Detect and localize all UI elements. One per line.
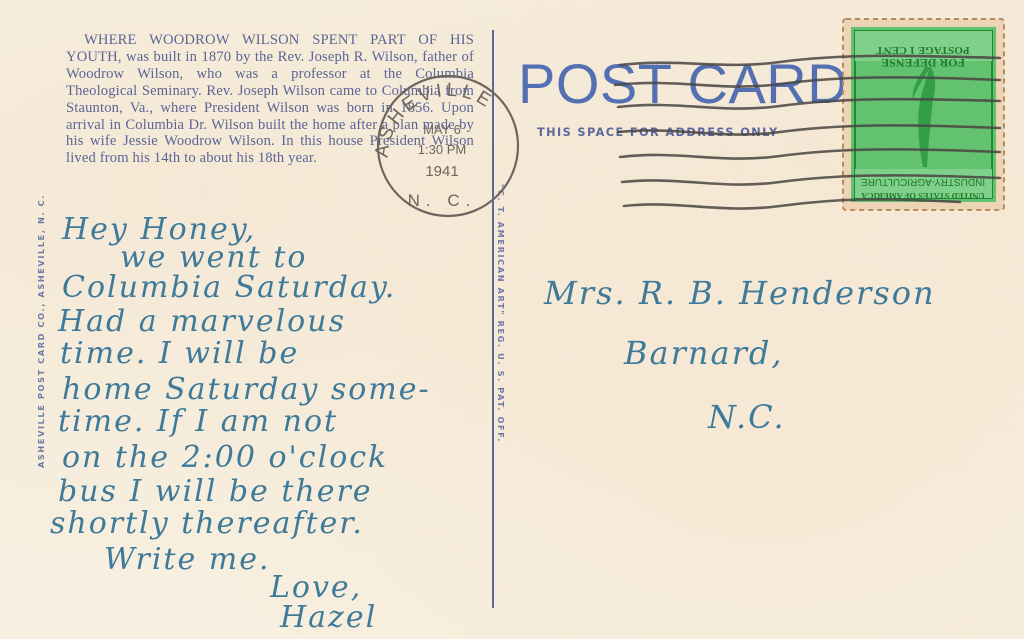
svg-text:1:30 PM: 1:30 PM bbox=[418, 142, 466, 157]
message-signature: Hazel bbox=[280, 600, 377, 635]
svg-text:FOR DEFENSE: FOR DEFENSE bbox=[881, 56, 965, 70]
address-town: Barnard, bbox=[624, 334, 784, 372]
svg-text:1941: 1941 bbox=[425, 163, 458, 180]
message-line: bus I will be there bbox=[58, 474, 373, 509]
svg-text:UNITED STATES OF AMERICA: UNITED STATES OF AMERICA bbox=[860, 191, 984, 201]
message-line: Write me. bbox=[104, 542, 271, 577]
postcard-title: POST CARD bbox=[518, 54, 848, 114]
address-recipient: Mrs. R. B. Henderson bbox=[544, 274, 936, 312]
message-line: shortly thereafter. bbox=[50, 506, 364, 541]
stamp-graphic: POSTAGE 1 CENT FOR DEFENSE INDUSTRY-AGRI… bbox=[841, 17, 1006, 212]
message-line: home Saturday some- bbox=[62, 372, 431, 407]
address-space-note: THIS SPACE FOR ADDRESS ONLY bbox=[537, 126, 779, 139]
stamp-icon: POSTAGE 1 CENT FOR DEFENSE INDUSTRY-AGRI… bbox=[841, 17, 1006, 212]
message-line: Columbia Saturday. bbox=[62, 270, 396, 305]
trademark-imprint: "C. T. AMERICAN ART" REG. U. S. PAT. OFF… bbox=[496, 184, 506, 443]
message-line: time. I will be bbox=[60, 336, 299, 371]
svg-text:INDUSTRY-AGRICULTURE: INDUSTRY-AGRICULTURE bbox=[861, 176, 986, 187]
svg-text:POSTAGE 1 CENT: POSTAGE 1 CENT bbox=[876, 44, 970, 56]
svg-text:MAY 6: MAY 6 bbox=[423, 122, 461, 137]
message-line: on the 2:00 o'clock bbox=[62, 440, 388, 475]
svg-text:N. C.: N. C. bbox=[408, 191, 477, 210]
postcard-back: WHERE WOODROW WILSON SPENT PART OF HIS Y… bbox=[0, 0, 1024, 639]
publisher-imprint: ASHEVILLE POST CARD CO., ASHEVILLE, N. C… bbox=[36, 194, 46, 468]
postmark: ASHEVILLE MAY 6 1:30 PM 1941 N. C. bbox=[358, 66, 526, 222]
message-line: Had a marvelous bbox=[58, 304, 346, 339]
address-state: N.C. bbox=[708, 398, 786, 436]
message-line: time. If I am not bbox=[58, 404, 338, 439]
